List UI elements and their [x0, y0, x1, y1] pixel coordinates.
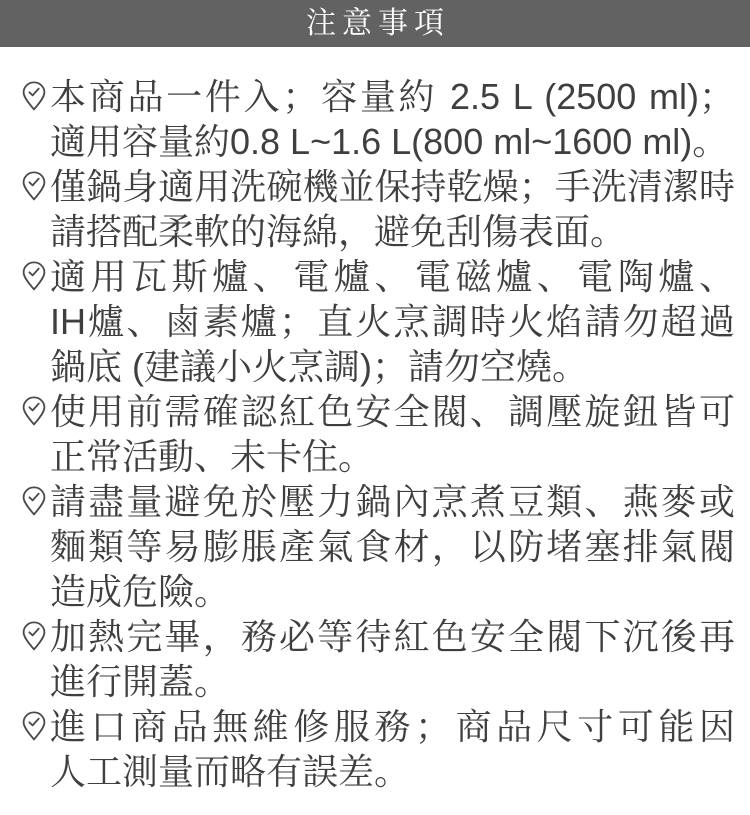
- section-title: 注意事項: [306, 7, 450, 40]
- check-pin-icon: [22, 171, 46, 201]
- notice-line: 人工測量而略有誤差。: [50, 749, 735, 794]
- notice-item-text: 使用前需確認紅色安全閥、調壓旋鈕皆可正常活動、未卡住。: [50, 389, 735, 479]
- check-pin-icon: [22, 81, 46, 111]
- notice-line: 鍋底 (建議小火烹調)；請勿空燒。: [50, 344, 735, 389]
- notice-line: IH爐、鹵素爐；直火烹調時火焰請勿超過: [50, 299, 735, 344]
- notice-item-text: 進口商品無維修服務；商品尺寸可能因人工測量而略有誤差。: [50, 704, 735, 794]
- notice-line: 適用瓦斯爐、電爐、電磁爐、電陶爐、: [50, 254, 735, 299]
- notice-panel: 注意事項 本商品一件入；容量約 2.5 L (2500 ml)；適用容量約0.8…: [0, 0, 750, 815]
- check-pin-icon: [22, 621, 46, 651]
- check-pin-icon: [22, 486, 46, 516]
- notice-line: 進行開蓋。: [50, 659, 735, 704]
- list-item: 本商品一件入；容量約 2.5 L (2500 ml)；適用容量約0.8 L~1.…: [0, 74, 750, 164]
- check-pin-icon: [22, 711, 46, 741]
- notice-item-text: 本商品一件入；容量約 2.5 L (2500 ml)；適用容量約0.8 L~1.…: [50, 74, 735, 164]
- notice-line: 請盡量避免於壓力鍋內烹煮豆類、燕麥或: [50, 479, 735, 524]
- notice-line: 進口商品無維修服務；商品尺寸可能因: [50, 704, 735, 749]
- notice-item-text: 適用瓦斯爐、電爐、電磁爐、電陶爐、IH爐、鹵素爐；直火烹調時火焰請勿超過鍋底 (…: [50, 254, 735, 389]
- list-item: 適用瓦斯爐、電爐、電磁爐、電陶爐、IH爐、鹵素爐；直火烹調時火焰請勿超過鍋底 (…: [0, 254, 750, 389]
- notice-line: 適用容量約0.8 L~1.6 L(800 ml~1600 ml)。: [50, 119, 735, 164]
- section-header: 注意事項: [0, 0, 750, 47]
- notice-line: 造成危險。: [50, 569, 735, 614]
- check-pin-icon: [22, 261, 46, 291]
- list-item: 加熱完畢，務必等待紅色安全閥下沉後再進行開蓋。: [0, 614, 750, 704]
- notice-item-text: 加熱完畢，務必等待紅色安全閥下沉後再進行開蓋。: [50, 614, 735, 704]
- notice-line: 麵類等易膨脹產氣食材，以防堵塞排氣閥: [50, 524, 735, 569]
- notice-line: 本商品一件入；容量約 2.5 L (2500 ml)；: [50, 74, 735, 119]
- list-item: 進口商品無維修服務；商品尺寸可能因人工測量而略有誤差。: [0, 704, 750, 794]
- check-pin-icon: [22, 396, 46, 426]
- list-item: 僅鍋身適用洗碗機並保持乾燥；手洗清潔時請搭配柔軟的海綿，避免刮傷表面。: [0, 164, 750, 254]
- list-item: 使用前需確認紅色安全閥、調壓旋鈕皆可正常活動、未卡住。: [0, 389, 750, 479]
- notice-line: 加熱完畢，務必等待紅色安全閥下沉後再: [50, 614, 735, 659]
- notice-line: 使用前需確認紅色安全閥、調壓旋鈕皆可: [50, 389, 735, 434]
- list-item: 請盡量避免於壓力鍋內烹煮豆類、燕麥或麵類等易膨脹產氣食材，以防堵塞排氣閥造成危險…: [0, 479, 750, 614]
- notice-line: 正常活動、未卡住。: [50, 434, 735, 479]
- notice-list: 本商品一件入；容量約 2.5 L (2500 ml)；適用容量約0.8 L~1.…: [0, 74, 750, 794]
- notice-item-text: 請盡量避免於壓力鍋內烹煮豆類、燕麥或麵類等易膨脹產氣食材，以防堵塞排氣閥造成危險…: [50, 479, 735, 614]
- notice-line: 僅鍋身適用洗碗機並保持乾燥；手洗清潔時: [50, 164, 735, 209]
- notice-line: 請搭配柔軟的海綿，避免刮傷表面。: [50, 209, 735, 254]
- notice-item-text: 僅鍋身適用洗碗機並保持乾燥；手洗清潔時請搭配柔軟的海綿，避免刮傷表面。: [50, 164, 735, 254]
